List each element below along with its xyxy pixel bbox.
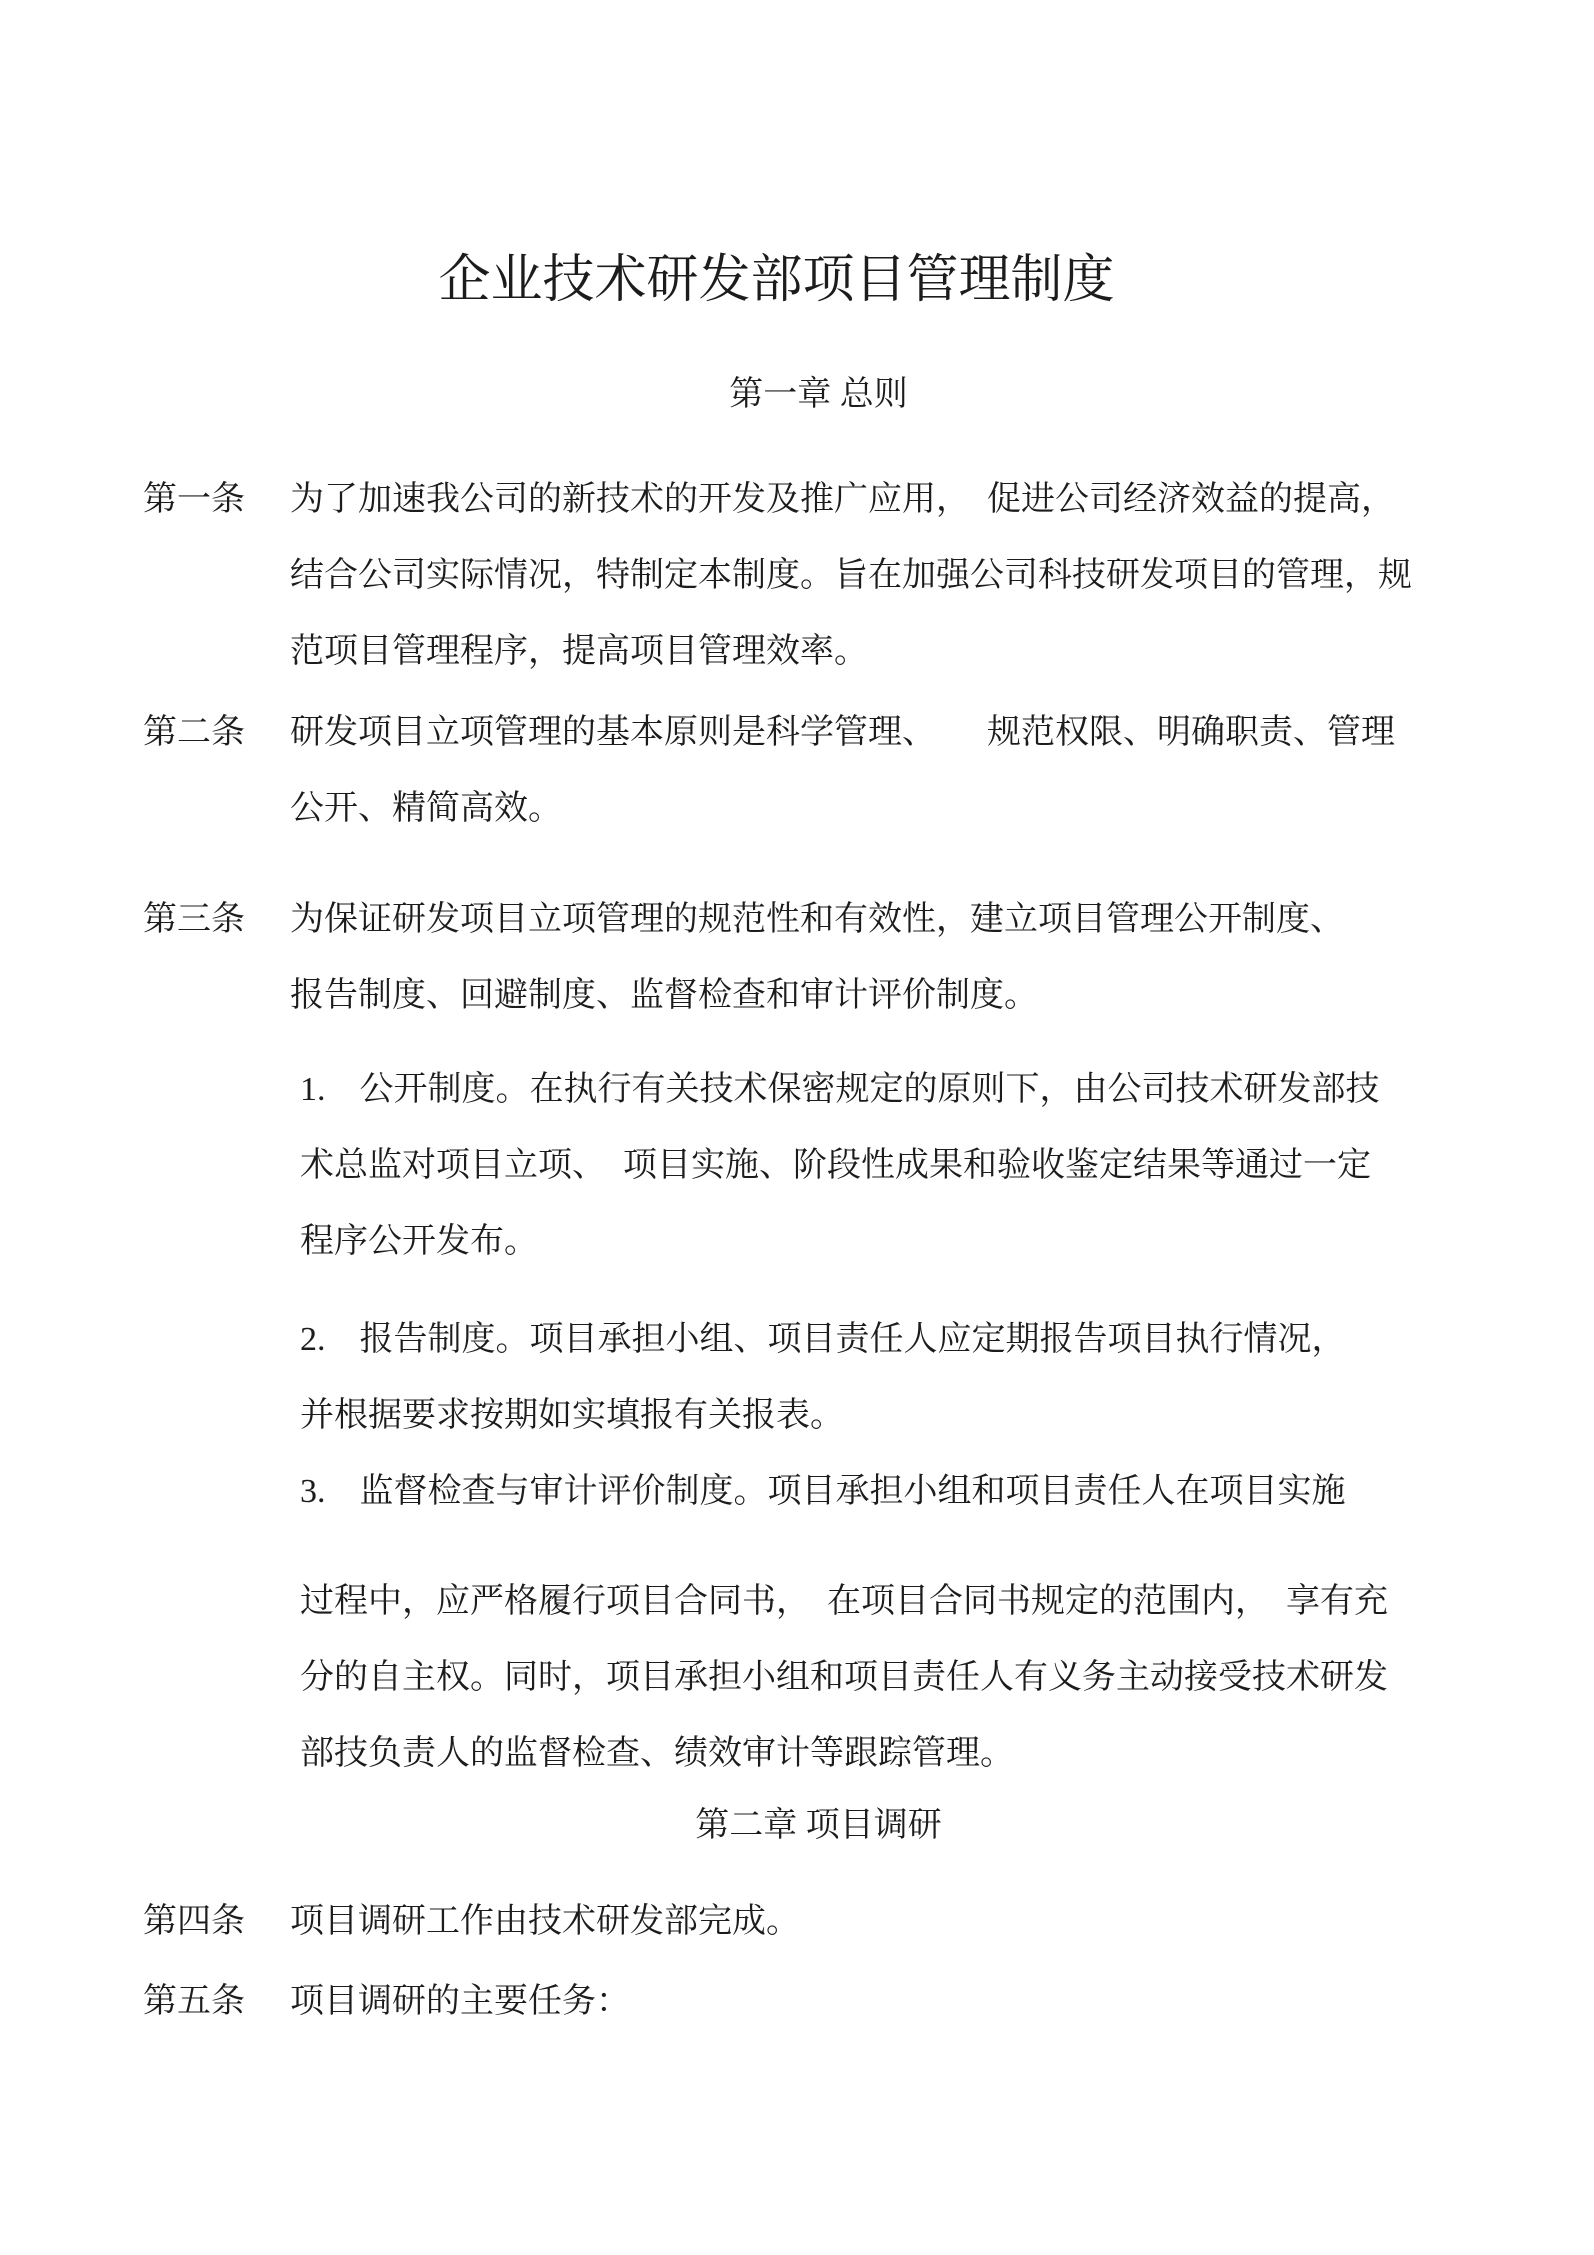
article-1-line-2: 结合公司实际情况，特制定本制度。旨在加强公司科技研发项目的管理，规 <box>290 538 1494 614</box>
item-3-continuation-line-2: 分的自主权。同时，项目承担小组和项目责任人有义务主动接受技术研发 <box>300 1640 1494 1716</box>
article-4-body: 项目调研工作由技术研发部完成。 <box>290 1884 1494 1960</box>
article-1-line-1: 为了加速我公司的新技术的开发及推广应用， 促进公司经济效益的提高， <box>290 462 1494 538</box>
article-4: 第四条 项目调研工作由技术研发部完成。 <box>143 1884 1494 1960</box>
article-1-body: 为了加速我公司的新技术的开发及推广应用， 促进公司经济效益的提高， 结合公司实际… <box>290 462 1494 690</box>
article-2-line-1: 研发项目立项管理的基本原则是科学管理、 规范权限、明确职责、管理 <box>290 695 1494 771</box>
article-3: 第三条 为保证研发项目立项管理的规范性和有效性，建立项目管理公开制度、 报告制度… <box>143 882 1494 1034</box>
article-2-line-2: 公开、精简高效。 <box>290 771 1494 847</box>
item-1-line-1: 1. 公开制度。在执行有关技术保密规定的原则下，由公司技术研发部技 <box>300 1052 1494 1128</box>
article-2-body: 研发项目立项管理的基本原则是科学管理、 规范权限、明确职责、管理 公开、精简高效… <box>290 695 1494 847</box>
article-1-line-3: 范项目管理程序，提高项目管理效率。 <box>290 614 1494 690</box>
item-2-line-2: 并根据要求按期如实填报有关报表。 <box>300 1378 1494 1454</box>
article-5-body: 项目调研的主要任务： <box>290 1964 1494 2040</box>
article-2: 第二条 研发项目立项管理的基本原则是科学管理、 规范权限、明确职责、管理 公开、… <box>143 695 1494 847</box>
article-1-label: 第一条 <box>143 462 290 538</box>
item-3-continuation-line-3: 部技负责人的监督检查、绩效审计等跟踪管理。 <box>300 1716 1494 1792</box>
item-3-continuation-paragraph: 过程中，应严格履行项目合同书， 在项目合同书规定的范围内， 享有充 分的自主权。… <box>300 1564 1494 1792</box>
chapter-2-heading: 第二章 项目调研 <box>143 1802 1494 1850</box>
article-2-label: 第二条 <box>143 695 290 771</box>
item-1-line-2: 术总监对项目立项、 项目实施、阶段性成果和验收鉴定结果等通过一定 <box>300 1128 1494 1204</box>
article-5: 第五条 项目调研的主要任务： <box>143 1964 1494 2040</box>
article-5-line-1: 项目调研的主要任务： <box>290 1964 1494 2040</box>
document-page: 企业技术研发部项目管理制度 第一章 总则 第一条 为了加速我公司的新技术的开发及… <box>0 0 1594 2255</box>
item-1-line-3: 程序公开发布。 <box>300 1204 1494 1280</box>
article-3-label: 第三条 <box>143 882 290 958</box>
numbered-item-3: 3. 监督检查与审计评价制度。项目承担小组和项目责任人在项目实施 <box>300 1454 1494 1530</box>
chapter-1-heading: 第一章 总则 <box>143 371 1494 419</box>
item-3-line-1: 3. 监督检查与审计评价制度。项目承担小组和项目责任人在项目实施 <box>300 1454 1494 1530</box>
document-title: 企业技术研发部项目管理制度 <box>101 246 1452 316</box>
article-3-line-1: 为保证研发项目立项管理的规范性和有效性，建立项目管理公开制度、 <box>290 882 1494 958</box>
numbered-item-1: 1. 公开制度。在执行有关技术保密规定的原则下，由公司技术研发部技 术总监对项目… <box>300 1052 1494 1280</box>
numbered-item-2: 2. 报告制度。项目承担小组、项目责任人应定期报告项目执行情况， 并根据要求按期… <box>300 1302 1494 1454</box>
item-3-continuation-line-1: 过程中，应严格履行项目合同书， 在项目合同书规定的范围内， 享有充 <box>300 1564 1494 1640</box>
item-2-line-1: 2. 报告制度。项目承担小组、项目责任人应定期报告项目执行情况， <box>300 1302 1494 1378</box>
article-1: 第一条 为了加速我公司的新技术的开发及推广应用， 促进公司经济效益的提高， 结合… <box>143 462 1494 690</box>
article-3-line-2: 报告制度、回避制度、监督检查和审计评价制度。 <box>290 958 1494 1034</box>
article-5-label: 第五条 <box>143 1964 290 2040</box>
article-4-label: 第四条 <box>143 1884 290 1960</box>
article-3-body: 为保证研发项目立项管理的规范性和有效性，建立项目管理公开制度、 报告制度、回避制… <box>290 882 1494 1034</box>
article-4-line-1: 项目调研工作由技术研发部完成。 <box>290 1884 1494 1960</box>
